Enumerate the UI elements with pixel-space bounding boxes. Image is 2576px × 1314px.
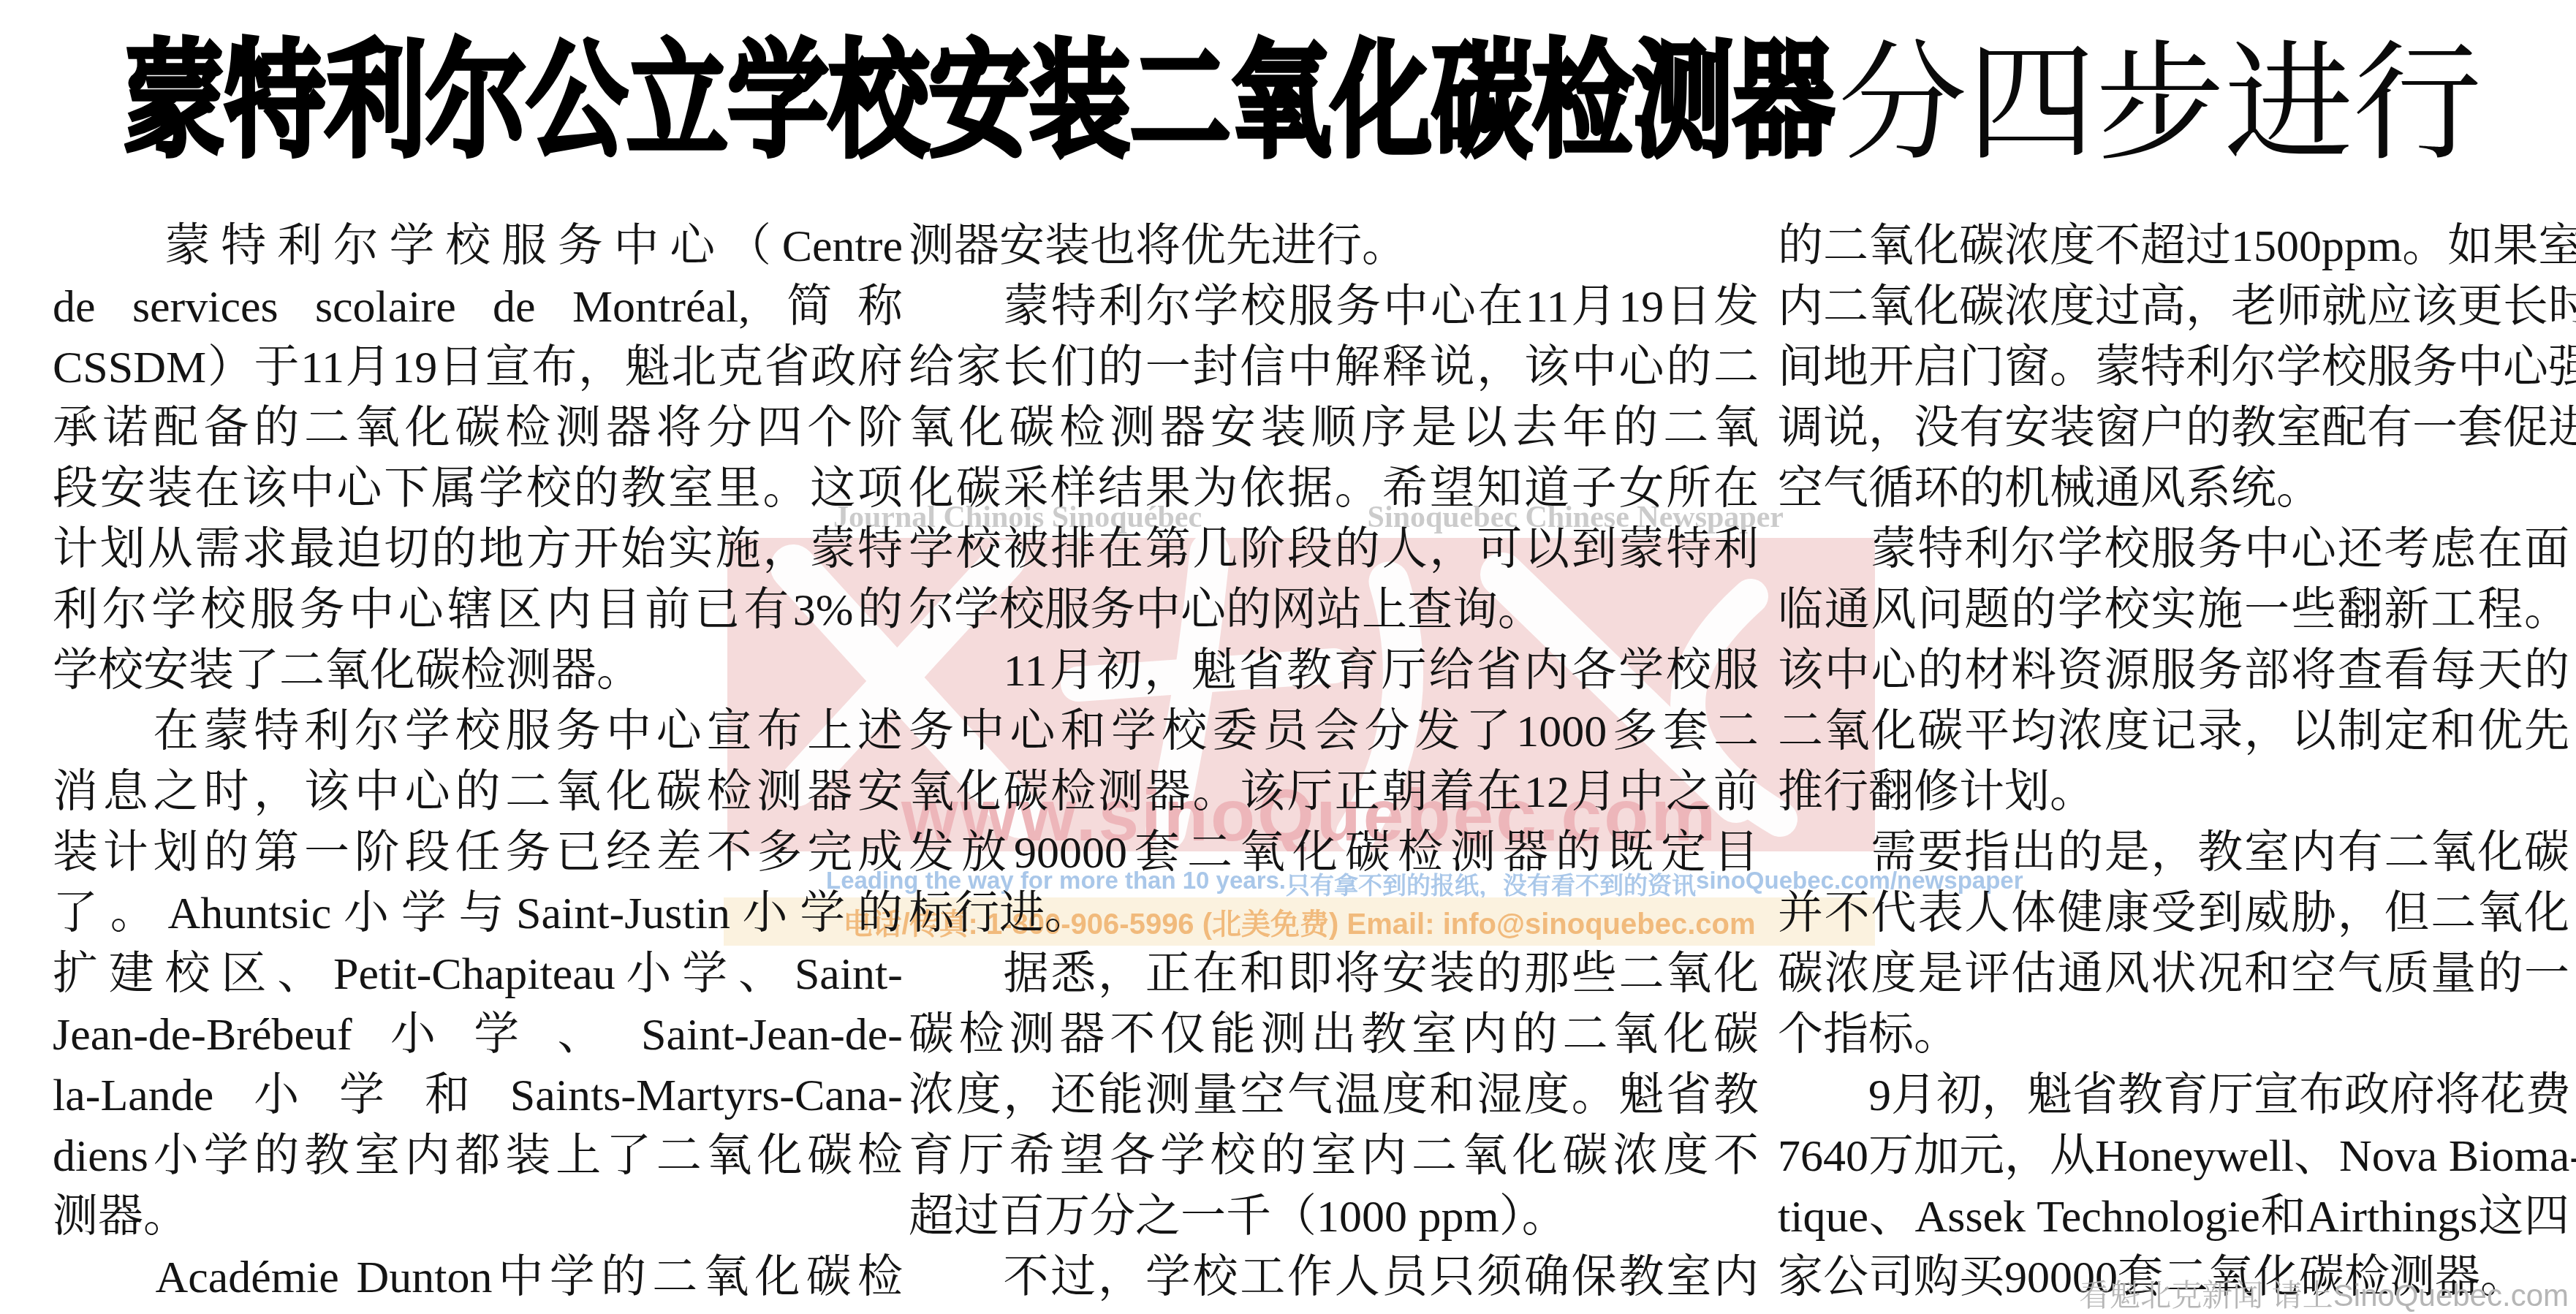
- article-line: 学校安装了二氧化碳检测器。: [53, 641, 903, 702]
- article-line: Jean-de-Brébeuf小学、Saint-Jean-de-: [53, 1005, 903, 1066]
- article-line: 空气循环的机械通风系统。: [1778, 459, 2569, 520]
- article-line: 标行进。: [909, 884, 1759, 944]
- article-line: 承诺配备的二氧化碳检测器将分四个阶: [53, 398, 903, 459]
- watermark-corner-note: 看魁北克新闻 请上SinoQuebec.com: [2079, 1272, 2569, 1314]
- article-line: 育厅希望各学校的室内二氧化碳浓度不: [909, 1126, 1759, 1187]
- article-line: 临通风问题的学校实施一些翻新工程。: [1778, 580, 2569, 641]
- headline: 蒙特利尔公立学校安装二氧化碳检测器 分四步进行: [0, 0, 2576, 205]
- article-line: 碳检测器不仅能测出教室内的二氧化碳: [909, 1005, 1759, 1066]
- article-line: tique、Assek Technologie和Airthings这四: [1778, 1187, 2569, 1247]
- article-column-3: 的二氧化碳浓度不超过1500ppm。如果室内二氧化碳浓度过高，老师就应该更长时间…: [1778, 216, 2569, 1308]
- article-line: 扩建校区、Petit-Chapiteau小学、Saint-: [53, 944, 903, 1005]
- article-line: 浓度，还能测量空气温度和湿度。魁省教: [909, 1066, 1759, 1126]
- article-line: 二氧化碳平均浓度记录，以制定和优先: [1778, 702, 2569, 762]
- article-line: 测器安装也将优先进行。: [909, 216, 1759, 277]
- article-line: 的二氧化碳浓度不超过1500ppm。如果室: [1778, 216, 2569, 277]
- article-line: 给家长们的一封信中解释说，该中心的二: [909, 338, 1759, 398]
- article-line: 内二氧化碳浓度过高，老师就应该更长时: [1778, 277, 2569, 338]
- article-line: 段安装在该中心下属学校的教室里。这项: [53, 459, 903, 520]
- headline-light-segment: 分四步进行: [1838, 41, 2482, 170]
- article-line: Académie Dunton中学的二氧化碳检: [53, 1247, 903, 1308]
- article-line: 据悉，正在和即将安装的那些二氧化: [909, 944, 1759, 1005]
- article-column-1: 蒙特利尔学校服务中心（Centrede services scolaire de…: [53, 216, 903, 1308]
- article-line: 需要指出的是，教室内有二氧化碳: [1778, 823, 2569, 884]
- article-line: 间地开启门窗。蒙特利尔学校服务中心强: [1778, 338, 2569, 398]
- newspaper-page: Journal Chinois Sinoquébec Sinoquebec Ch…: [0, 0, 2576, 1314]
- headline-bold-segment: 蒙特利尔公立学校安装二氧化碳检测器: [124, 38, 1834, 164]
- article-line: 在蒙特利尔学校服务中心宣布上述: [53, 702, 903, 762]
- article-line: 测器。: [53, 1187, 903, 1247]
- article-line: 7640万加元，从Honeywell、Nova Bioma-: [1778, 1126, 2569, 1187]
- article-line: 调说，没有安装窗户的教室配有一套促进: [1778, 398, 2569, 459]
- article-line: 化碳采样结果为依据。希望知道子女所在: [909, 459, 1759, 520]
- article-line: 利尔学校服务中心辖区内目前已有3%的: [53, 580, 903, 641]
- article-line: 装计划的第一阶段任务已经差不多完成: [53, 823, 903, 884]
- article-line: 个指标。: [1778, 1005, 2569, 1066]
- article-line: 不过，学校工作人员只须确保教室内: [909, 1247, 1759, 1308]
- article-line: 超过百万分之一千（1000 ppm）。: [909, 1187, 1759, 1247]
- article-line: 蒙特利尔学校服务中心（Centre: [53, 216, 903, 277]
- article-line: 消息之时，该中心的二氧化碳检测器安: [53, 762, 903, 823]
- article-line: 蒙特利尔学校服务中心在11月19日发: [909, 277, 1759, 338]
- article-line: 碳浓度是评估通风状况和空气质量的一: [1778, 944, 2569, 1005]
- article-line: 氧化碳检测器安装顺序是以去年的二氧: [909, 398, 1759, 459]
- article-column-2: 测器安装也将优先进行。 蒙特利尔学校服务中心在11月19日发给家长们的一封信中解…: [909, 216, 1759, 1308]
- article-line: 发放90000套二氧化碳检测器的既定目: [909, 823, 1759, 884]
- article-line: 务中心和学校委员会分发了1000多套二: [909, 702, 1759, 762]
- article-line: 计划从需求最迫切的地方开始实施，蒙特: [53, 520, 903, 580]
- article-line: 9月初，魁省教育厅宣布政府将花费: [1778, 1066, 2569, 1126]
- article-line: 11月初，魁省教育厅给省内各学校服: [909, 641, 1759, 702]
- article-line: 尔学校服务中心的网站上查询。: [909, 580, 1759, 641]
- article-line: 氧化碳检测器。该厅正朝着在12月中之前: [909, 762, 1759, 823]
- article-line: 并不代表人体健康受到威胁，但二氧化: [1778, 884, 2569, 944]
- article-line: la-Lande小学和Saints-Martyrs-Cana-: [53, 1066, 903, 1126]
- article-line: 蒙特利尔学校服务中心还考虑在面: [1778, 520, 2569, 580]
- article-line: 了。Ahuntsic小学与Saint-Justin小学的: [53, 884, 903, 944]
- article-line: diens小学的教室内都装上了二氧化碳检: [53, 1126, 903, 1187]
- article-line: 该中心的材料资源服务部将查看每天的: [1778, 641, 2569, 702]
- article-line: 推行翻修计划。: [1778, 762, 2569, 823]
- article-line: 学校被排在第几阶段的人，可以到蒙特利: [909, 520, 1759, 580]
- article-line: de services scolaire de Montréal, 简称: [53, 277, 903, 338]
- article-line: CSSDM）于11月19日宣布，魁北克省政府: [53, 338, 903, 398]
